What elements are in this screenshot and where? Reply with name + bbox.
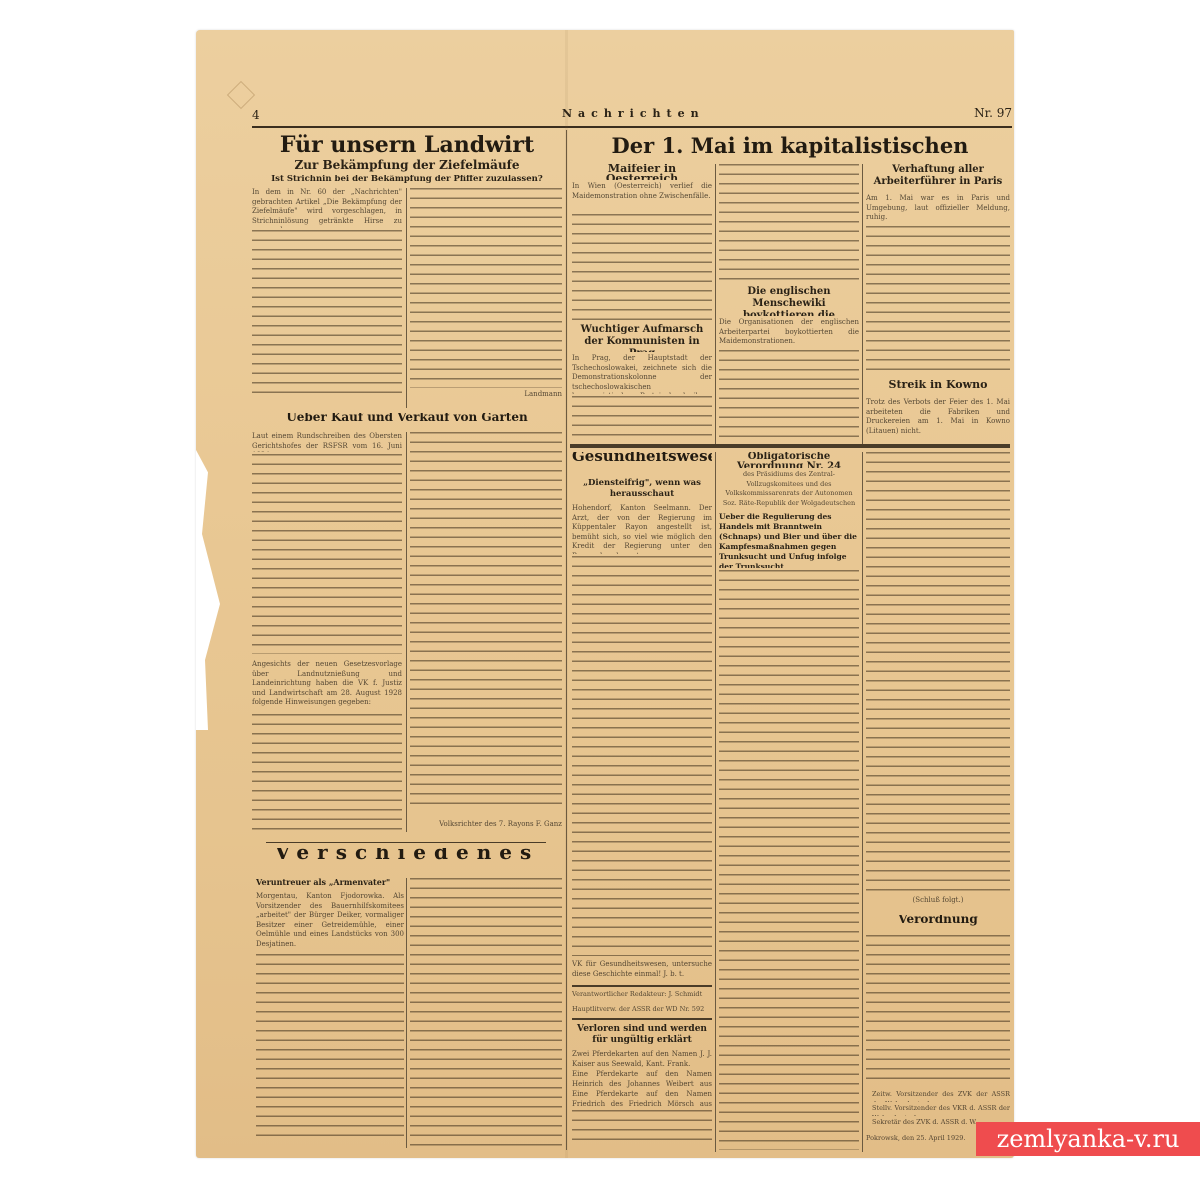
landwirt-article: Für unsern Landwirt Zur Bekämpfung der Z… <box>252 132 562 172</box>
landwirt-subtitle: Zur Bekämpfung der Ziefelmäufe <box>252 158 562 172</box>
verordnung24-title: Obligatorische Verordnung Nr. 24 <box>719 452 859 468</box>
gesundheit-closing: VK für Gesundheitswesen, untersuche dies… <box>572 960 712 982</box>
folded-corner <box>227 81 255 109</box>
watermark-banner: zemlyanka-v.ru <box>976 1122 1200 1156</box>
page-number: 4 <box>252 108 260 122</box>
verschiedenes-lead: Morgentau, Kanton Fjodorowka. Als Vorsit… <box>256 892 404 952</box>
gaerten-lead: Laut einem Rundschreiben des Obersten Ge… <box>252 432 402 452</box>
mai-section-heading: Wuchtiger Aufmarsch der Kommunisten in P… <box>572 324 712 352</box>
verloren-item: Zwei Pferdekarten auf den Namen J. J. Ka… <box>572 1050 712 1068</box>
mai-section-heading: Maifeier in Oesterreich <box>572 164 712 180</box>
gesundheit-subtitle: „Diensteifrig", wenn was herausschaut <box>572 478 712 500</box>
landwirt-title: Für unsern Landwirt <box>252 132 562 158</box>
verloren-title: Verloren sind und werden für ungültig er… <box>572 1024 712 1046</box>
verloren-item: Eine Pferdekarte auf den Namen Heinrich … <box>572 1070 712 1088</box>
section-rule <box>570 444 1010 448</box>
page-header: 4 Nachrichten Nr. 97 <box>252 102 1012 128</box>
verordnung-title: Verordnung <box>866 915 1010 925</box>
mai-section-lead: Die Organisationen der englischen Arbeit… <box>719 318 859 348</box>
landwirt-signature: Landmann <box>486 390 562 400</box>
verordnung24-issuer: des Präsidiums des Zentral-Vollzugskomit… <box>719 470 859 510</box>
verloren-item: Eine Pferdekarte auf den Namen Friedrich… <box>572 1090 712 1108</box>
gaerten-snippet: Angesichts der neuen Gesetzesvorlage übe… <box>252 660 402 710</box>
landwirt-kicker: Ist Strichnin bei der Bekämpfung der Pfi… <box>252 175 562 185</box>
newspaper-page: 4 Nachrichten Nr. 97 Für unsern Landwirt… <box>196 30 1014 1158</box>
gaerten-title: Ueber Kauf und Verkauf von Gärten <box>252 413 562 423</box>
mai-section-lead: In Prag, der Hauptstadt der Tschechoslow… <box>572 354 712 394</box>
verordnung24-footer: (Schluß folgt.) <box>866 896 1010 906</box>
verschiedenes-title: Verschiedenes <box>252 848 562 858</box>
mai-section-lead: Trotz des Verbots der Feier des 1. Mai a… <box>866 398 1010 438</box>
verordnung24-subtitle: Ueber die Regulierung des Handels mit Br… <box>719 512 859 568</box>
masthead: Nachrichten <box>562 107 705 120</box>
mai-section-heading: Streik in Kowno <box>866 380 1010 390</box>
mai-section-heading: Verhaftung aller Arbeiterführer in Paris <box>866 164 1010 188</box>
header-rule <box>252 126 1012 128</box>
gesundheit-title: Gesundheitswesen <box>572 452 712 462</box>
mai-section-heading: Die englischen Menschewiki boykottieren … <box>719 286 859 316</box>
editor-imprint: Verantwortlicher Redakteur: J. Schmidt <box>572 990 712 1000</box>
mai-title: Der 1. Mai im kapitalistischen Auslande <box>570 132 1010 162</box>
mai-section-lead: Am 1. Mai war es in Paris und Umgebung, … <box>866 194 1010 224</box>
gaerten-signature: Volksrichter des 7. Rayons F. Ganz <box>416 820 562 830</box>
publisher-imprint: Hauptlitverw. der ASSR der WD Nr. 592 <box>572 1005 712 1015</box>
mai-section-lead: In Wien (Oesterreich) verlief die Maidem… <box>572 182 712 212</box>
verordnung-signatory: Zeitw. Vorsitzender des ZVK der ASSR der… <box>872 1090 1010 1102</box>
verschiedenes-subheading: Veruntreuer als „Armenvater" <box>256 878 406 888</box>
issue-number: Nr. 97 <box>974 106 1012 120</box>
landwirt-lead: In dem in Nr. 60 der „Nachrichten" gebra… <box>252 188 402 228</box>
torn-edge <box>196 450 226 730</box>
gesundheit-lead: Hohendorf, Kanton Seelmann. Der Arzt, de… <box>572 504 712 554</box>
verordnung-signatory: Stellv. Vorsitzender des VKR d. ASSR der… <box>872 1104 1010 1116</box>
